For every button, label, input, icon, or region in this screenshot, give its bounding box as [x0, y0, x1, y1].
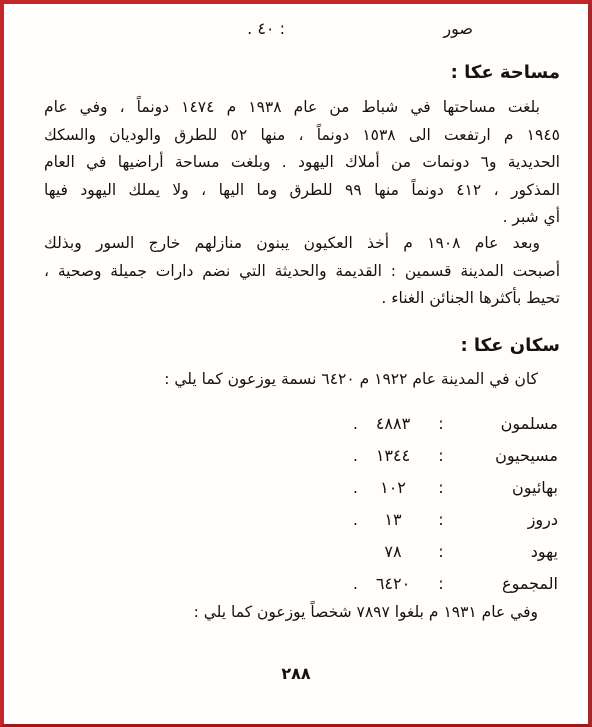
population-row-label: يهود [454, 536, 558, 568]
text-line: وبعد عام ١٩٠٨ م أخذ العكيون يبنون منازله… [44, 230, 560, 258]
population-row-value: ٧٨ [358, 536, 428, 568]
scanned-book-page: صور : ٤٠ . مساحة عكا : بلغت مساحتها في ش… [0, 0, 592, 727]
population-row-period: . [322, 504, 358, 536]
population-row-colon: : [428, 536, 454, 568]
population-row-colon: : [428, 472, 454, 504]
area-paragraph-2: وبعد عام ١٩٠٨ م أخذ العكيون يبنون منازله… [44, 230, 560, 313]
population-row-value: ٦٤٢٠ [358, 568, 428, 600]
population-row-period: . [322, 472, 358, 504]
section-heading-area: مساحة عكا : [451, 62, 560, 83]
header-caption-value: : ٤٠ . [247, 19, 285, 38]
text-line: بلغت مساحتها في شباط من عام ١٩٣٨ م ١٤٧٤ … [44, 94, 560, 122]
population-row-label: بهائيون [454, 472, 558, 504]
population-row-label: دروز [454, 504, 558, 536]
page-number: ٢٨٨ [4, 664, 588, 683]
population-row-colon: : [428, 568, 454, 600]
header-caption-label: صور [443, 19, 473, 38]
population-row-value: ٤٨٨٣ [358, 408, 428, 440]
text-line: المذكور ، ٤١٢ دونماً منها ٩٩ للطرق وما ا… [44, 177, 560, 205]
population-intro-line: كان في المدينة عام ١٩٢٢ م ٦٤٢٠ نسمة يوزع… [164, 370, 538, 388]
population-row-label: المجموع [454, 568, 558, 600]
population-row: بهائيون : ١٠٢ . [322, 472, 558, 504]
population-row-period: . [322, 440, 358, 472]
population-row: مسيحيون : ١٣٤٤ . [322, 440, 558, 472]
population-row: مسلمون : ٤٨٨٣ . [322, 408, 558, 440]
text-line: أصبحت المدينة قسمين : القديمة والحديثة ا… [44, 258, 560, 286]
population-row-colon: : [428, 408, 454, 440]
population-row-value: ١٠٢ [358, 472, 428, 504]
population-row-value: ١٣٤٤ [358, 440, 428, 472]
population-row-label: مسلمون [454, 408, 558, 440]
text-line: أي شبر . [44, 204, 560, 232]
population-row-value: ١٣ [358, 504, 428, 536]
text-line: ١٩٤٥ م ارتفعت الى ١٥٣٨ دونماً ، منها ٥٢ … [44, 122, 560, 150]
population-row-period: . [322, 568, 358, 600]
population-1931-line: وفي عام ١٩٣١ م بلغوا ٧٨٩٧ شخصاً يوزعون ك… [194, 603, 538, 621]
population-row-colon: : [428, 504, 454, 536]
population-row: يهود : ٧٨ [322, 536, 558, 568]
text-line: الحديدية و٦ دونمات من أملاك اليهود . وبل… [44, 149, 560, 177]
population-row-label: مسيحيون [454, 440, 558, 472]
population-list: مسلمون : ٤٨٨٣ . مسيحيون : ١٣٤٤ . بهائيون… [322, 408, 558, 600]
text-line: تحيط بأكثرها الجنائن الغناء . [44, 285, 560, 313]
area-paragraph-1: بلغت مساحتها في شباط من عام ١٩٣٨ م ١٤٧٤ … [44, 94, 560, 232]
population-row-period: . [322, 408, 358, 440]
population-row: المجموع : ٦٤٢٠ . [322, 568, 558, 600]
population-row-colon: : [428, 440, 454, 472]
section-heading-population: سكان عكا : [460, 335, 560, 356]
population-row: دروز : ١٣ . [322, 504, 558, 536]
